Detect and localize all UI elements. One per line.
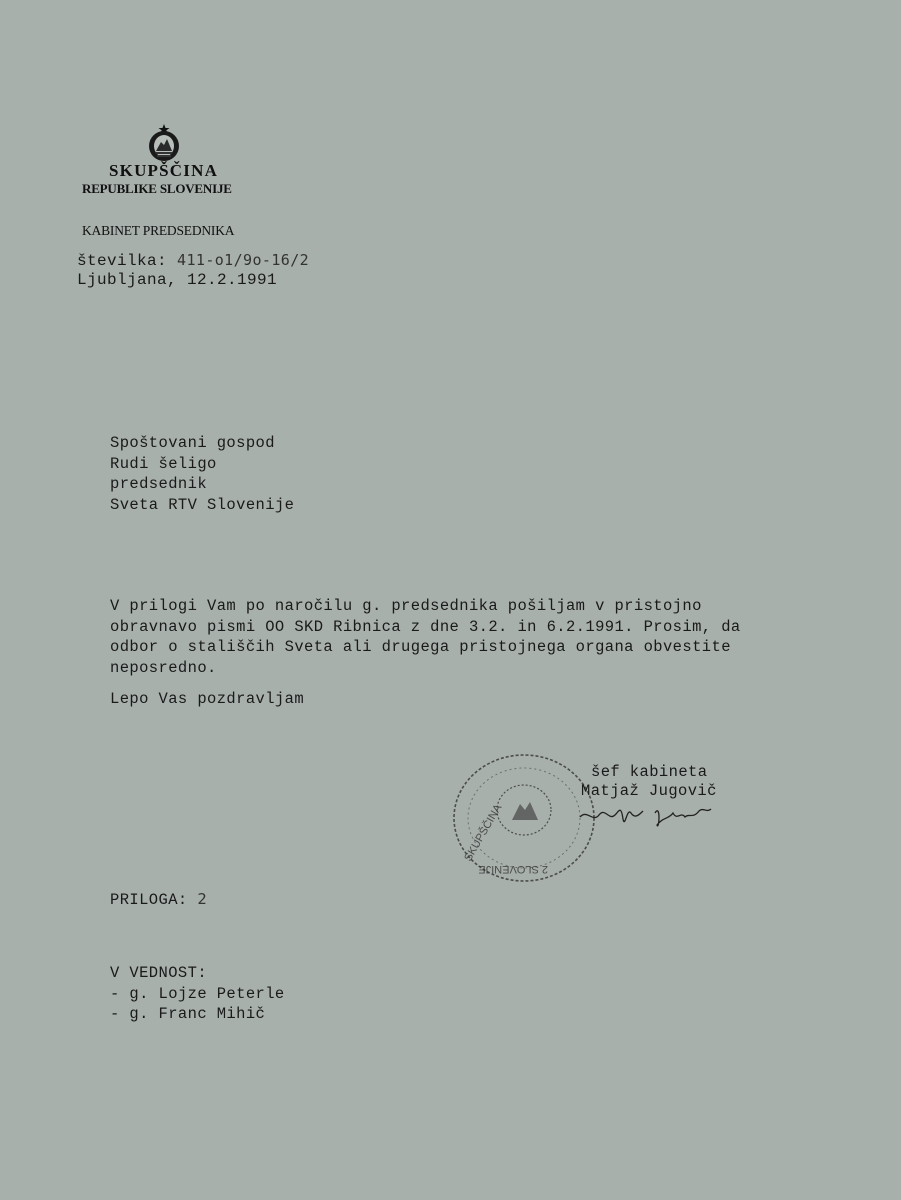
reference-number-label: številka:	[77, 252, 167, 270]
reference-number: številka: 411-o1/9o-16/2	[77, 251, 309, 270]
body-line: neposredno.	[110, 658, 741, 679]
reference-number-value: 411-o1/9o-16/2	[177, 251, 309, 269]
attachments-label: PRILOGA:	[110, 891, 188, 909]
letterhead-title: SKUPŠČINA	[109, 161, 218, 181]
coat-of-arms-icon	[146, 123, 182, 163]
body-line: obravnavo pismi OO SKD Ribnica z dne 3.2…	[110, 617, 741, 638]
recipient-line: Spoštovani gospod	[110, 433, 294, 454]
cc-item: - g. Lojze Peterle	[110, 984, 285, 1005]
recipient-block: Spoštovani gospod Rudi šeligo predsednik…	[110, 433, 294, 515]
body-line: odbor o stališčih Sveta ali drugega pris…	[110, 637, 741, 658]
recipient-line: Rudi šeligo	[110, 454, 294, 475]
department-label: KABINET PREDSEDNIKA	[82, 223, 234, 239]
attachments-value: 2	[197, 890, 207, 908]
cc-label: V VEDNOST:	[110, 963, 285, 984]
svg-text:2 SLOVENIJE: 2 SLOVENIJE	[478, 863, 548, 875]
closing-greeting: Lepo Vas pozdravljam	[110, 690, 304, 708]
signer-title: šef kabineta	[591, 763, 707, 781]
body-paragraph: V prilogi Vam po naročilu g. predsednika…	[110, 596, 741, 678]
letter-page: SKUPŠČINA REPUBLIKE SLOVENIJE KABINET PR…	[0, 0, 901, 1200]
svg-text:SKUPŠČINA: SKUPŠČINA	[461, 801, 504, 863]
cc-block: V VEDNOST: - g. Lojze Peterle - g. Franc…	[110, 963, 285, 1025]
recipient-line: predsednik	[110, 474, 294, 495]
body-line: V prilogi Vam po naročilu g. predsednika…	[110, 596, 741, 617]
cc-item: - g. Franc Mihič	[110, 1004, 285, 1025]
attachments: PRILOGA: 2	[110, 890, 207, 909]
handwritten-signature	[575, 795, 725, 835]
recipient-line: Sveta RTV Slovenije	[110, 495, 294, 516]
place-date: Ljubljana, 12.2.1991	[77, 271, 277, 289]
letterhead-subtitle: REPUBLIKE SLOVENIJE	[82, 181, 232, 197]
